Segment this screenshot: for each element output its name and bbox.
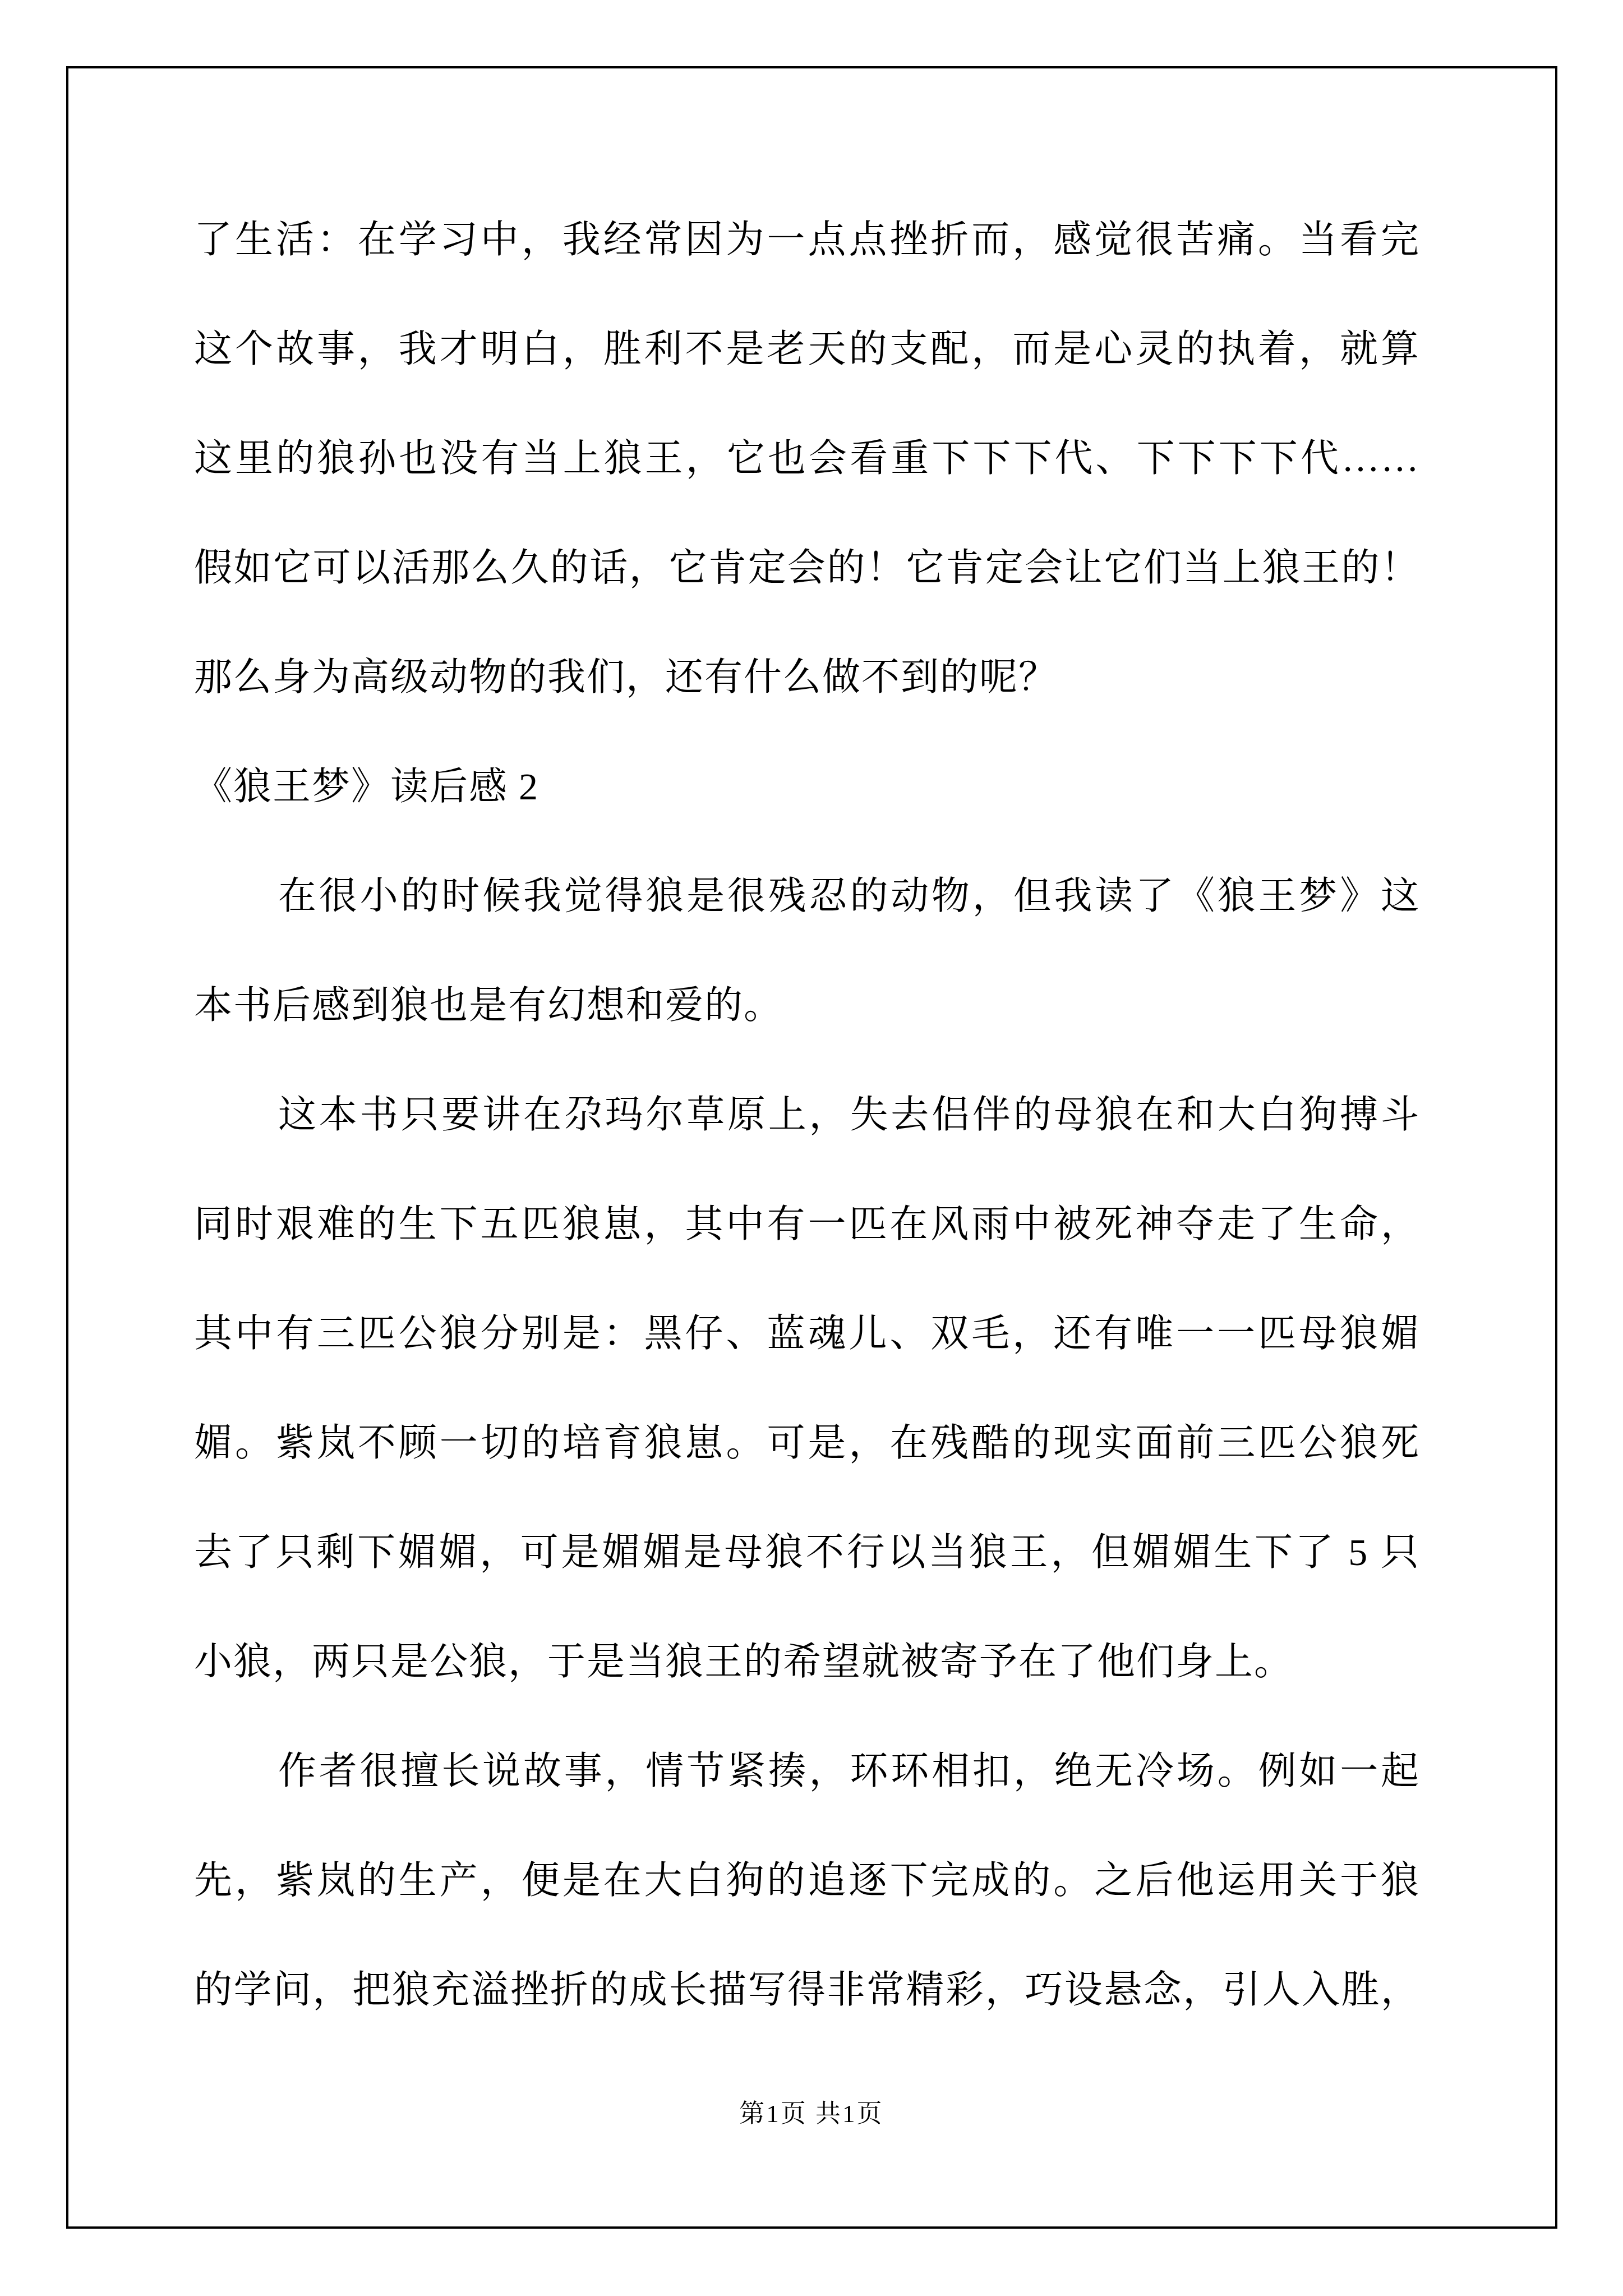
text-line: 那么身为高级动物的我们，还有什么做不到的呢？ [194, 623, 1420, 732]
text-line: 同时艰难的生下五匹狼崽，其中有一匹在风雨中被死神夺走了生命， [194, 1170, 1420, 1279]
text-line: 了生活：在学习中，我经常因为一点点挫折而，感觉很苦痛。当看完 [194, 185, 1420, 295]
page: 了生活：在学习中，我经常因为一点点挫折而，感觉很苦痛。当看完 这个故事，我才明白… [0, 0, 1623, 2296]
text-line: 先，紫岚的生产，便是在大白狗的追逐下完成的。之后他运用关于狼 [194, 1826, 1420, 1935]
text-line: 在很小的时候我觉得狼是很残忍的动物，但我读了《狼王梦》这 [194, 841, 1420, 951]
page-number: 第1页 共1页 [739, 2100, 883, 2128]
text-line: 本书后感到狼也是有幻想和爱的。 [194, 951, 1420, 1060]
text-line: 假如它可以活那么久的话，它肯定会的！它肯定会让它们当上狼王的！ [194, 513, 1420, 623]
text-line: 媚。紫岚不顾一切的培育狼崽。可是，在残酷的现实面前三匹公狼死 [194, 1388, 1420, 1498]
document-body: 了生活：在学习中，我经常因为一点点挫折而，感觉很苦痛。当看完 这个故事，我才明白… [194, 185, 1420, 2045]
text-line: 这个故事，我才明白，胜利不是老天的支配，而是心灵的执着，就算 [194, 295, 1420, 404]
text-line: 的学问，把狼充溢挫折的成长描写得非常精彩，巧设悬念，引人入胜， [194, 1935, 1420, 2045]
text-line: 去了只剩下媚媚，可是媚媚是母狼不行以当狼王，但媚媚生下了 5 只 [194, 1498, 1420, 1607]
page-footer: 第1页 共1页 [0, 2091, 1623, 2136]
text-line: 这里的狼孙也没有当上狼王，它也会看重下下下代、下下下下代…… [194, 404, 1420, 513]
text-line: 小狼，两只是公狼，于是当狼王的希望就被寄予在了他们身上。 [194, 1607, 1420, 1717]
text-line: 这本书只要讲在尕玛尔草原上，失去侣伴的母狼在和大白狗搏斗 [194, 1060, 1420, 1170]
text-line: 其中有三匹公狼分别是：黑仔、蓝魂儿、双毛，还有唯一一匹母狼媚 [194, 1279, 1420, 1388]
text-line: 作者很擅长说故事，情节紧揍，环环相扣，绝无冷场。例如一起 [194, 1717, 1420, 1826]
section-heading-line: 《狼王梦》读后感 2 [194, 732, 1420, 841]
